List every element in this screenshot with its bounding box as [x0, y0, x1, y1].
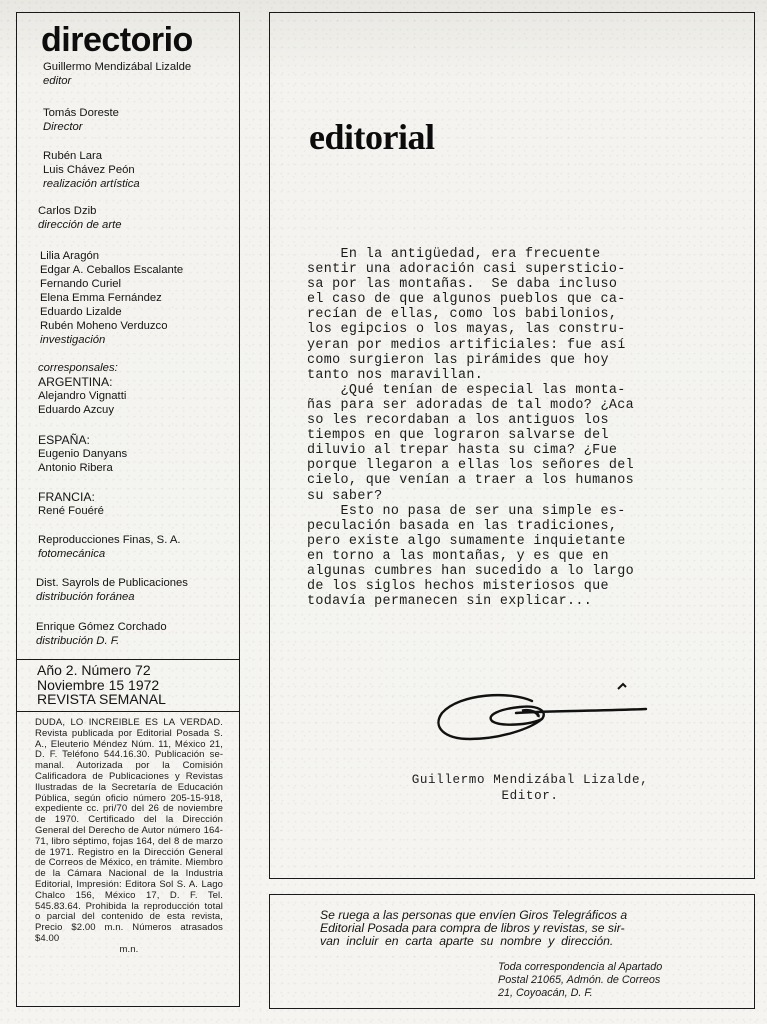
notice-panel: Se ruega a las personas que envíen Giros…	[269, 894, 755, 1009]
signature-icon	[430, 677, 660, 747]
editorial-body: En la antigüedad, era frecuentesentir un…	[307, 247, 747, 609]
correspondent-name: Antonio Ribera	[38, 461, 127, 475]
editorial-line: todavía permanecen sin explicar...	[307, 594, 747, 609]
staff-name: Luis Chávez Peón	[43, 163, 140, 177]
editorial-line: Esto no pasa de ser una simple es-	[307, 504, 747, 519]
correspondent-name: Eugenio Danyans	[38, 447, 127, 461]
signature-block: Guillermo Mendizábal Lizalde, Editor.	[330, 772, 730, 804]
editorial-line: su saber?	[307, 489, 747, 504]
editorial-line: diluvio al trepar hasta su cima? ¿Fue	[307, 443, 747, 458]
staff-name: Eduardo Lizalde	[40, 305, 183, 319]
staff-entry: Carlos Dzib dirección de arte	[38, 204, 122, 232]
staff-name: Lilia Aragón	[40, 249, 183, 263]
staff-entry: Guillermo Mendizábal Lizalde editor	[43, 60, 191, 88]
correspondents-section: ESPAÑA: Eugenio Danyans Antonio Ribera	[38, 433, 127, 475]
notice-line: van incluir en carta aparte su nombre y …	[320, 935, 730, 948]
service-role: distribución foránea	[36, 590, 188, 604]
legal-notice: DUDA, LO INCREIBLE ES LA VERDAD. Revista…	[35, 718, 223, 956]
correspondent-name: Eduardo Azcuy	[38, 403, 126, 417]
staff-name: Tomás Doreste	[43, 106, 119, 120]
issue-date: Noviembre 15 1972	[37, 678, 166, 693]
staff-entry: Tomás Doreste Director	[43, 106, 119, 134]
editorial-line: recían de ellas, como los babilonios,	[307, 307, 747, 322]
staff-role: Director	[43, 120, 119, 134]
editorial-line: como surgieron las pirámides que hoy	[307, 353, 747, 368]
staff-name: Edgar A. Ceballos Escalante	[40, 263, 183, 277]
editorial-line: sa por las montañas. Se daba incluso	[307, 277, 747, 292]
country-label: ARGENTINA:	[38, 375, 126, 389]
directory-panel: directorio Guillermo Mendizábal Lizalde …	[16, 12, 240, 660]
editorial-line: ñas para ser adoradas de tal modo? ¿Aca	[307, 398, 747, 413]
staff-name: Carlos Dzib	[38, 204, 122, 218]
address-line: 21, Coyoacán, D. F.	[498, 987, 738, 1000]
directory-title: directorio	[41, 23, 193, 57]
service-name: Reproducciones Finas, S. A.	[38, 533, 181, 547]
staff-role: dirección de arte	[38, 218, 122, 232]
editorial-line: ¿Qué tenían de especial las monta-	[307, 383, 747, 398]
address-line: Postal 21065, Admón. de Correos	[498, 974, 738, 987]
staff-role: editor	[43, 74, 191, 88]
address-line: Toda correspondencia al Apartado	[498, 961, 738, 974]
editorial-line: cielo, que venían a traer a los humanos	[307, 473, 747, 488]
editorial-panel: editorial En la antigüedad, era frecuent…	[269, 12, 755, 879]
signer-role: Editor.	[330, 788, 730, 804]
editorial-line: peculación basada en las tradiciones,	[307, 519, 747, 534]
service-name: Dist. Sayrols de Publicaciones	[36, 576, 188, 590]
legal-notice-last: m.n.	[35, 945, 223, 956]
staff-name: Elena Emma Fernández	[40, 291, 183, 305]
editorial-line: pero existe algo sumamente inquietante	[307, 534, 747, 549]
staff-name: Guillermo Mendizábal Lizalde	[43, 60, 191, 74]
editorial-line: so les recordaban a los antiguos los	[307, 413, 747, 428]
staff-name: Fernando Curiel	[40, 277, 183, 291]
editorial-line: el caso de que algunos pueblos que ca-	[307, 292, 747, 307]
editorial-line: los egipcios o los mayas, las constru-	[307, 322, 747, 337]
service-role: distribución D. F.	[36, 634, 167, 648]
editorial-title: editorial	[309, 117, 434, 157]
staff-role: investigación	[40, 333, 183, 347]
service-entry: Reproducciones Finas, S. A. fotomecánica	[38, 533, 181, 561]
signer-name: Guillermo Mendizábal Lizalde,	[330, 772, 730, 788]
issue-frequency: REVISTA SEMANAL	[37, 692, 166, 707]
country-label: ESPAÑA:	[38, 433, 127, 447]
correspondents-section: FRANCIA: René Fouéré	[38, 490, 104, 518]
legal-notice-text: DUDA, LO INCREIBLE ES LA VERDAD. Revista…	[35, 717, 223, 944]
service-entry: Dist. Sayrols de Publicaciones distribuc…	[36, 576, 188, 604]
service-role: fotomecánica	[38, 547, 181, 561]
correspondents-label: corresponsales:	[38, 361, 126, 375]
staff-role: realización artística	[43, 177, 140, 191]
editorial-line: porque llegaron a ellas los señores del	[307, 458, 747, 473]
correspondents-section: corresponsales: ARGENTINA: Alejandro Vig…	[38, 361, 126, 417]
editorial-line: algunas cumbres han sucedido a lo largo	[307, 564, 747, 579]
editorial-line: En la antigüedad, era frecuente	[307, 247, 747, 262]
issue-info: Año 2. Número 72 Noviembre 15 1972 REVIS…	[37, 663, 166, 707]
editorial-line: tanto nos maravillan.	[307, 368, 747, 383]
mailing-address: Toda correspondencia al Apartado Postal …	[498, 961, 738, 1000]
staff-entry: Rubén Lara Luis Chávez Peón realización …	[43, 149, 140, 191]
editorial-line: sentir una adoración casi supersticio-	[307, 262, 747, 277]
editorial-line: de los siglos hechos misteriosos que	[307, 579, 747, 594]
correspondent-name: Alejandro Vignatti	[38, 389, 126, 403]
correspondent-name: René Fouéré	[38, 504, 104, 518]
editorial-line: yeran por medios artificiales: fue así	[307, 338, 747, 353]
staff-entry: Lilia Aragón Edgar A. Ceballos Escalante…	[40, 249, 183, 347]
issue-info-box: Año 2. Número 72 Noviembre 15 1972 REVIS…	[16, 659, 240, 712]
staff-name: Rubén Lara	[43, 149, 140, 163]
issue-number: Año 2. Número 72	[37, 663, 166, 678]
service-entry: Enrique Gómez Corchado distribución D. F…	[36, 620, 167, 648]
country-label: FRANCIA:	[38, 490, 104, 504]
editorial-line: tiempos en que lograron salvarse del	[307, 428, 747, 443]
legal-notice-box: DUDA, LO INCREIBLE ES LA VERDAD. Revista…	[16, 711, 240, 1007]
staff-name: Rubén Moheno Verduzco	[40, 319, 183, 333]
service-name: Enrique Gómez Corchado	[36, 620, 167, 634]
editorial-line: en torno a las montañas, y es que en	[307, 549, 747, 564]
telegraph-notice: Se ruega a las personas que envíen Giros…	[320, 909, 730, 949]
